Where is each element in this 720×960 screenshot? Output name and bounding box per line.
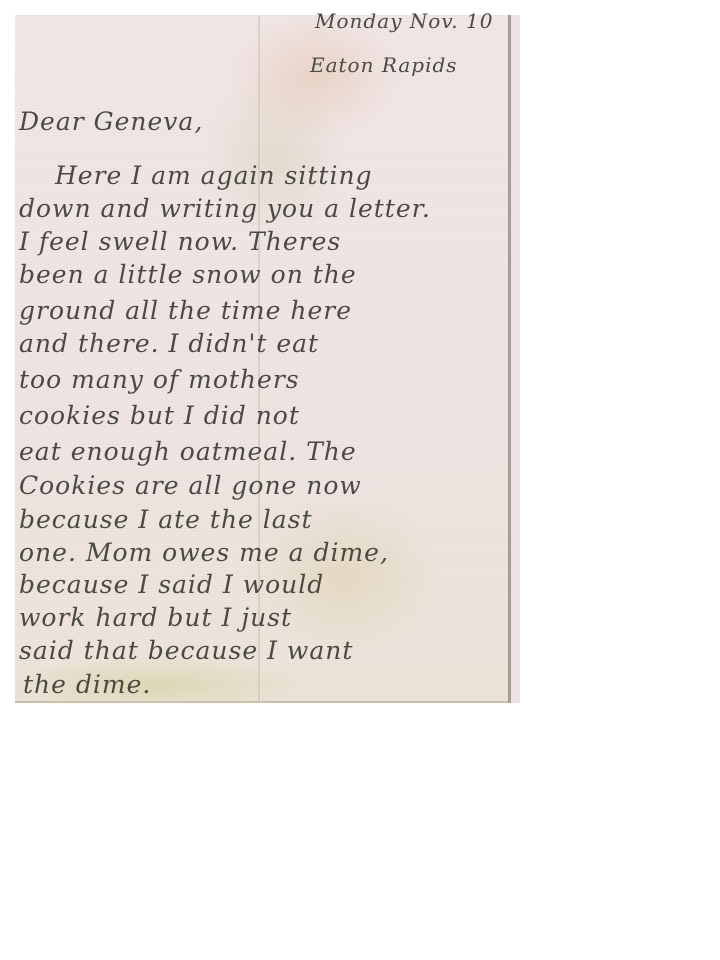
scanned-letter-image: Monday Nov. 10 Eaton Rapids Dear Geneva,…	[15, 15, 520, 703]
letter-line: said that because I want	[19, 636, 353, 665]
letter-line: one. Mom owes me a dime,	[19, 538, 389, 567]
letter-line: down and writing you a letter.	[19, 194, 431, 223]
letter-place: Eaton Rapids	[310, 53, 458, 77]
letter-line: ground all the time here	[19, 296, 352, 325]
letter-salutation: Dear Geneva,	[19, 107, 203, 136]
letter-line: and there. I didn't eat	[19, 329, 319, 358]
letter-line: because I ate the last	[19, 505, 313, 534]
letter-line: the dime.	[23, 670, 151, 699]
letter-paper: Monday Nov. 10 Eaton Rapids Dear Geneva,…	[15, 15, 510, 703]
letter-line: been a little snow on the	[19, 260, 357, 289]
letter-line: too many of mothers	[19, 365, 300, 394]
letter-line: eat enough oatmeal. The	[19, 437, 357, 466]
letter-line: Here I am again sitting	[55, 161, 373, 190]
fold-crease	[258, 15, 261, 703]
letter-line: cookies but I did not	[19, 401, 300, 430]
letter-date: Monday Nov. 10	[315, 9, 493, 33]
letter-line: I feel swell now. Theres	[19, 227, 341, 256]
paper-edge	[508, 15, 511, 703]
letter-line: because I said I would	[19, 570, 324, 599]
letter-line: Cookies are all gone now	[19, 471, 362, 500]
letter-line: work hard but I just	[19, 603, 292, 632]
